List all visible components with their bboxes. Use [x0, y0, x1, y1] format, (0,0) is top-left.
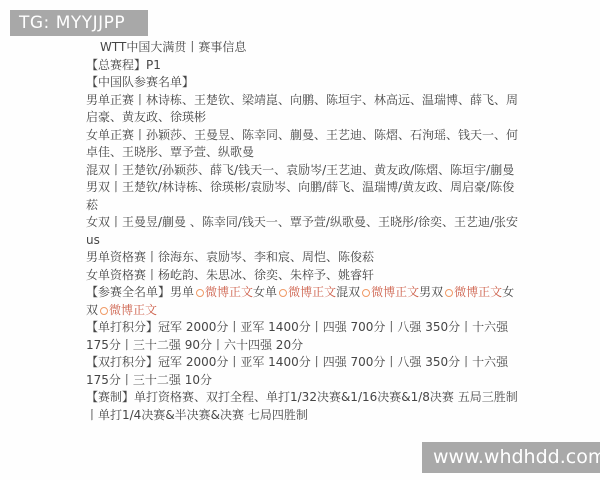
- website-watermark: www.whdhdd.com: [422, 442, 600, 473]
- weibo-link-icon: [100, 307, 108, 315]
- china-roster-header: 【中国队参赛名单】: [86, 74, 519, 92]
- weibo-link-icon: [279, 289, 287, 297]
- schedule-line: 【总赛程】P1: [86, 57, 519, 75]
- womens-singles-main-line: 女单正赛丨孙颖莎、王曼昱、陈幸同、蒯曼、王艺迪、陈熠、石洵瑶、钱天一、何卓佳、王…: [86, 127, 519, 162]
- page: TG: MYYJJPP WTT中国大满贯丨赛事信息 【总赛程】P1 【中国队参赛…: [0, 0, 600, 480]
- weibo-post-link-mens-singles[interactable]: 微博正文: [194, 285, 253, 299]
- tg-watermark-badge: TG: MYYJJPP: [10, 10, 148, 36]
- weibo-link-icon: [445, 289, 453, 297]
- post-body: WTT中国大满贯丨赛事信息 【总赛程】P1 【中国队参赛名单】 男单正赛丨林诗栋…: [86, 39, 519, 424]
- roster-category-womens-singles: 女单: [253, 285, 277, 299]
- match-format-line: 【赛制】单打资格赛、双打全程、单打1/32决赛&1/16决赛&1/8决赛 五局三…: [86, 389, 519, 424]
- roster-category-mens-singles: 男单: [170, 285, 194, 299]
- womens-singles-qualifying-line: 女单资格赛丨杨屹韵、朱思冰、徐奕、朱梓予、姚睿轩: [86, 267, 519, 285]
- mens-singles-qualifying-line: 男单资格赛丨徐海东、袁励岑、李和宸、周恺、陈俊菘: [86, 249, 519, 267]
- roster-category-mixed-doubles: 混双: [336, 285, 360, 299]
- singles-points-line: 【单打积分】冠军 2000分丨亚军 1400分丨四强 700分丨八强 350分丨…: [86, 319, 519, 354]
- weibo-link-icon: [362, 289, 370, 297]
- weibo-post-link-womens-doubles[interactable]: 微博正文: [98, 303, 157, 317]
- mens-doubles-line: 男双丨王楚钦/林诗栋、徐瑛彬/袁励岑、向鹏/薛飞、温瑞博/黄友政、周启豪/陈俊菘: [86, 179, 519, 214]
- womens-doubles-line: 女双丨王曼昱/蒯曼 、陈幸同/钱天一、覃予萱/纵歌曼、王晓彤/徐奕、王艺迪/张安…: [86, 214, 519, 249]
- mens-singles-main-line: 男单正赛丨林诗栋、王楚钦、梁靖崑、向鹏、陈垣宇、林高远、温瑞博、薛飞、周启豪、黄…: [86, 92, 519, 127]
- full-roster-label: 【参赛全名单】: [86, 285, 170, 299]
- mixed-doubles-line: 混双丨王楚钦/孙颖莎、薛飞/钱天一、袁励岑/王艺迪、黄友政/陈熠、陈垣宇/蒯曼: [86, 162, 519, 180]
- weibo-post-link-womens-singles[interactable]: 微博正文: [277, 285, 336, 299]
- weibo-post-link-mens-doubles[interactable]: 微博正文: [443, 285, 502, 299]
- doubles-points-line: 【双打积分】冠军 2000分丨亚军 1400分丨四强 700分丨八强 350分丨…: [86, 354, 519, 389]
- post-title: WTT中国大满贯丨赛事信息: [86, 39, 519, 57]
- full-roster-links-line: 【参赛全名单】男单微博正文女单微博正文混双微博正文男双微博正文女双微博正文: [86, 284, 519, 319]
- weibo-post-link-mixed-doubles[interactable]: 微博正文: [360, 285, 419, 299]
- weibo-link-icon: [196, 289, 204, 297]
- roster-category-mens-doubles: 男双: [419, 285, 443, 299]
